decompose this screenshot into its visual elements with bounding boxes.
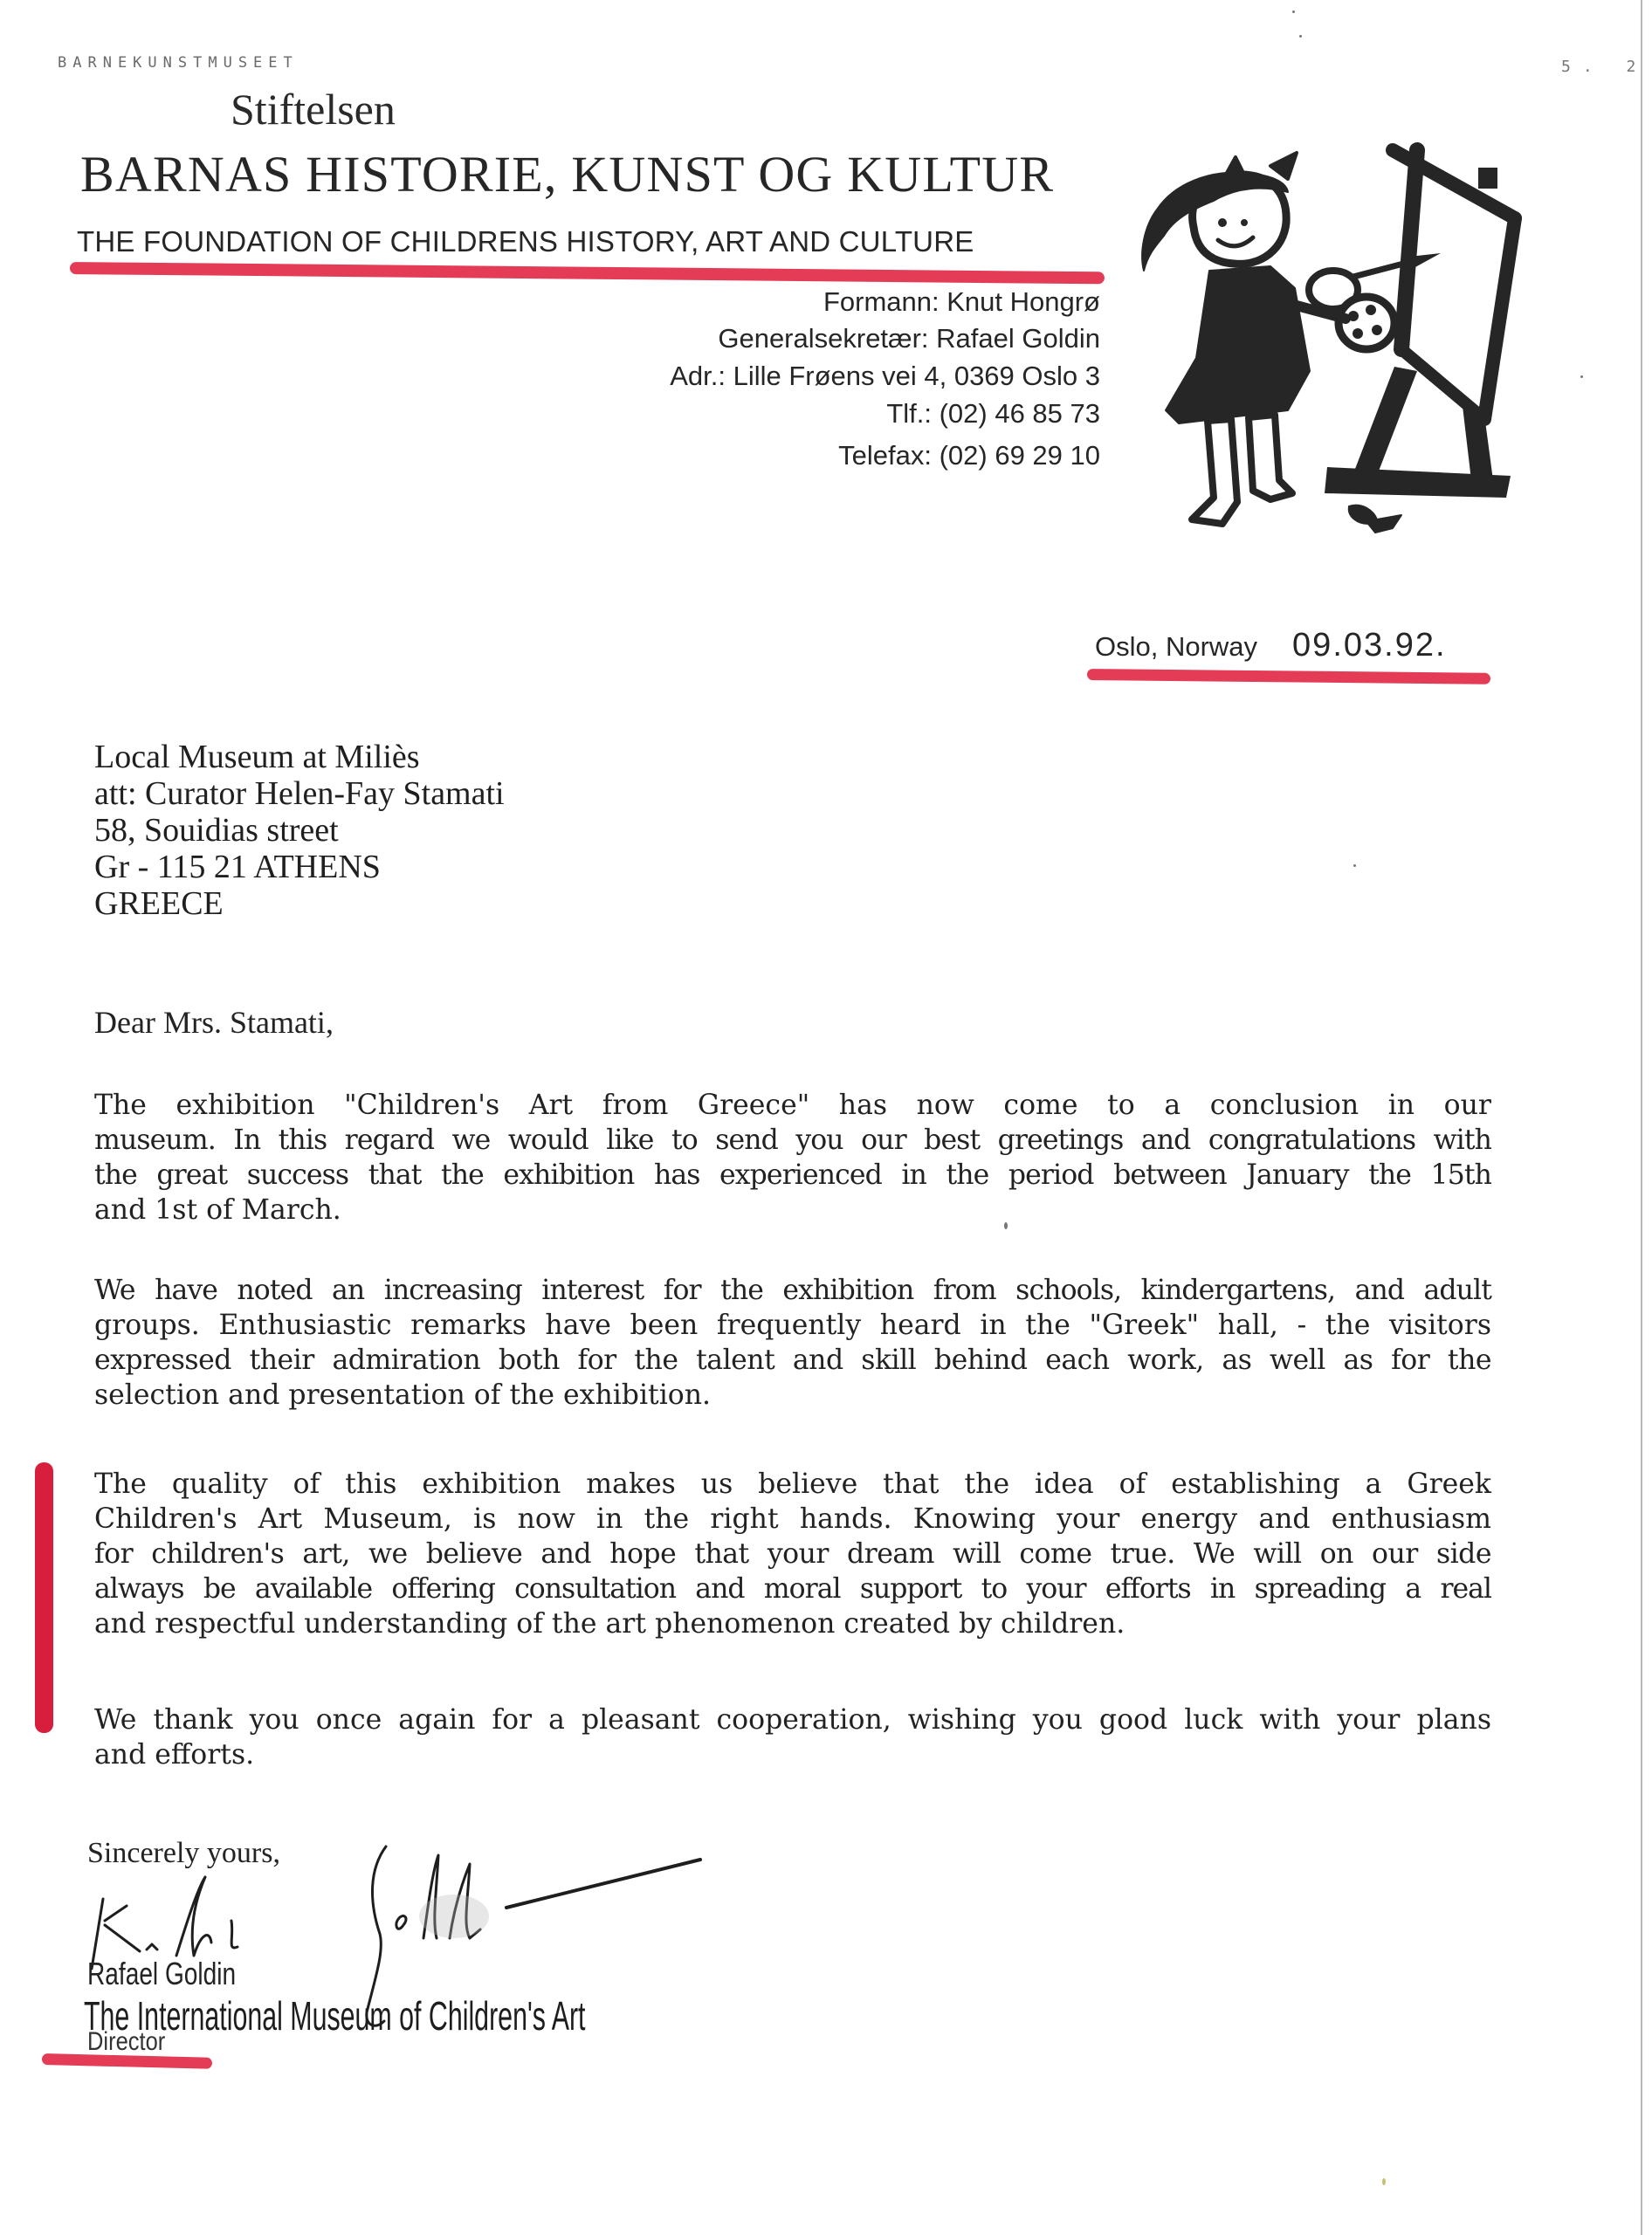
org-name-norwegian: BARNAS HISTORIE, KUNST OG KULTUR [80,145,1054,203]
paragraph-line: museum. In this regard we would like to … [94,1123,1491,1158]
red-highlight-header [70,262,1105,284]
signer-name: Rafael Goldin [87,1956,236,1992]
paragraph-line: The exhibition "Children's Art from Gree… [94,1088,1491,1123]
scan-speck [1382,2178,1386,2185]
paragraph-line: and efforts. [94,1737,1491,1772]
paragraph-4: We thank you once again for a pleasant c… [94,1702,1491,1772]
scan-speck [1299,35,1302,38]
paragraph-line: We thank you once again for a pleasant c… [94,1702,1491,1737]
red-highlight-date [1087,669,1490,684]
paragraph-line: for children's art, we believe and hope … [94,1537,1491,1571]
paragraph-line: We have noted an increasing interest for… [94,1273,1491,1308]
recipient-address: Local Museum at Miliès att: Curator Hele… [94,739,505,922]
signer-title: Director [87,2027,165,2057]
recipient-line: att: Curator Helen-Fay Stamati [94,775,505,812]
recipient-line: Gr - 115 21 ATHENS [94,849,505,885]
org-name-english: THE FOUNDATION OF CHILDRENS HISTORY, ART… [77,225,974,258]
place: Oslo, Norway [1095,631,1257,662]
scan-speck [1292,10,1295,13]
contact-secretary-general: Generalsekretær: Rafael Goldin [718,323,1100,354]
scan-speck [1580,375,1583,378]
red-highlight-title [42,2053,212,2069]
contact-phone: Tlf.: (02) 46 85 73 [886,398,1100,430]
paragraph-line: groups. Enthusiastic remarks have been f… [94,1308,1491,1343]
paragraph-line: selection and presentation of the exhibi… [94,1378,1491,1413]
salutation: Dear Mrs. Stamati, [94,1004,334,1041]
place-date-line: Oslo, Norway09.03.92. [1095,627,1447,664]
recipient-line: Local Museum at Miliès [94,739,505,775]
paragraph-line: Children's Art Museum, is now in the rig… [94,1502,1491,1537]
letter-date: 09.03.92. [1292,627,1446,664]
scan-speck [1004,1222,1008,1229]
paragraph-line: and 1st of March. [94,1193,1491,1228]
paragraph-line: and respectful understanding of the art … [94,1606,1491,1641]
paragraph-line: expressed their admiration both for the … [94,1343,1491,1378]
scan-speck [1353,864,1356,867]
recipient-line: GREECE [94,885,505,922]
paragraph-2: We have noted an increasing interest for… [94,1273,1491,1413]
paragraph-3: The quality of this exhibition makes us … [94,1467,1491,1641]
child-painting-at-easel-icon [1139,70,1524,541]
contact-telefax: Telefax: (02) 69 29 10 [838,440,1100,471]
paragraph-line: always be available offering consultatio… [94,1571,1491,1606]
paragraph-line: the great success that the exhibition ha… [94,1158,1491,1193]
page-edge-line [1641,0,1642,2235]
contact-address: Adr.: Lille Frøens vei 4, 0369 Oslo 3 [670,361,1100,392]
fax-page-marker: 5. 2 [1561,58,1648,76]
recipient-line: 58, Souidias street [94,812,505,849]
paragraph-1: The exhibition "Children's Art from Gree… [94,1088,1491,1228]
red-margin-bar [35,1462,53,1733]
contact-chairman: Formann: Knut Hongrø [823,286,1100,318]
foundation-word: Stiftelsen [231,84,396,134]
paragraph-line: The quality of this exhibition makes us … [94,1467,1491,1502]
fax-sender-stamp: BARNEKUNSTMUSEET [58,54,299,72]
